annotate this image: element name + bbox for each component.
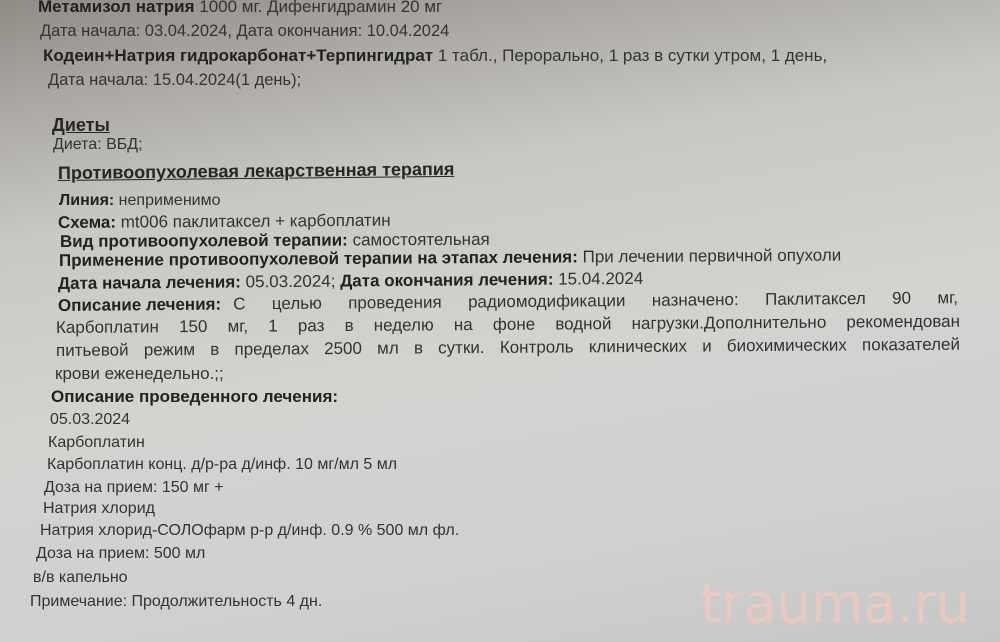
route: в/в капельно [33, 569, 128, 587]
watermark: trauma.ru [700, 572, 970, 635]
drug2-name: Натрия хлорид [43, 500, 155, 518]
drug1-dose: Доза на прием: 150 мг + [44, 479, 224, 497]
metamizole-dates: Дата начала: 03.04.2024, Дата окончания:… [40, 22, 449, 41]
drug-name: Кодеин+Натрия гидрокарбонат+Терпингидрат [43, 46, 433, 65]
drug1-form: Карбоплатин конц. д/р-ра д/инф. 10 мг/мл… [47, 456, 397, 474]
note: Примечание: Продолжительность 4 дн. [30, 593, 322, 611]
therapy-description-line: питьевой режим в пределах 2500 мл в сутк… [56, 335, 960, 361]
diet-value: Диета: ВБД; [53, 136, 143, 154]
drug1-name: Карбоплатин [48, 434, 145, 452]
drug-line-metamizole: Метамизол натрия 1000 мг. Дифенгидрамин … [38, 0, 442, 17]
codeine-dates: Дата начала: 15.04.2024(1 день); [48, 71, 301, 90]
performed-date: 05.03.2024 [50, 411, 130, 429]
diets-heading: Диеты [52, 115, 110, 136]
therapy-dates: Дата начала лечения: 05.03.2024; Дата ок… [58, 269, 643, 294]
performed-heading: Описание проведенного лечения: [51, 387, 338, 407]
therapy-description-line: крови еженедельно.;; [55, 364, 224, 384]
therapy-line: Линия: неприменимо [59, 192, 220, 210]
drug-name: Метамизол натрия [38, 0, 195, 16]
document-photo: Метамизол натрия 1000 мг. Дифенгидрамин … [0, 0, 1000, 642]
therapy-description-line: Карбоплатин 150 мг, 1 раз в неделю на фо… [56, 312, 960, 338]
drug2-dose: Доза на прием: 500 мл [36, 545, 205, 563]
therapy-heading: Противоопухолевая лекарственная терапия [58, 159, 455, 184]
therapy-stage: Применение противоопухолевой терапии на … [59, 246, 841, 271]
drug2-form: Натрия хлорид-СОЛОфарм р-р д/инф. 0.9 % … [40, 522, 459, 540]
drug-line-codeine: Кодеин+Натрия гидрокарбонат+Терпингидрат… [43, 46, 827, 66]
